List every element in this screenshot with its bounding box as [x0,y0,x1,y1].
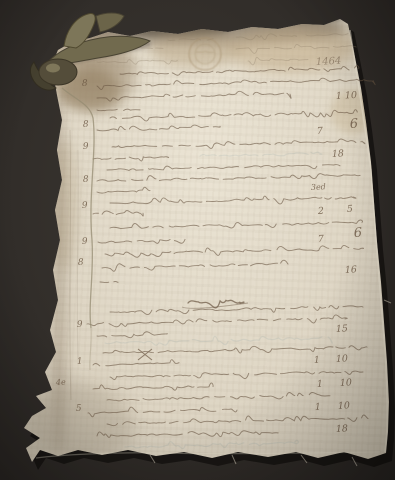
stain-topleft-edge [58,72,120,110]
stain-tan-right [230,26,358,72]
stain-bottomleft-gray [28,382,133,462]
stain-tan-mid [150,31,242,67]
photo-background: 146481 1087691883ed92597681691511104e110… [0,0,395,480]
stain-top-edge [58,10,342,25]
manuscript-page [0,0,395,480]
